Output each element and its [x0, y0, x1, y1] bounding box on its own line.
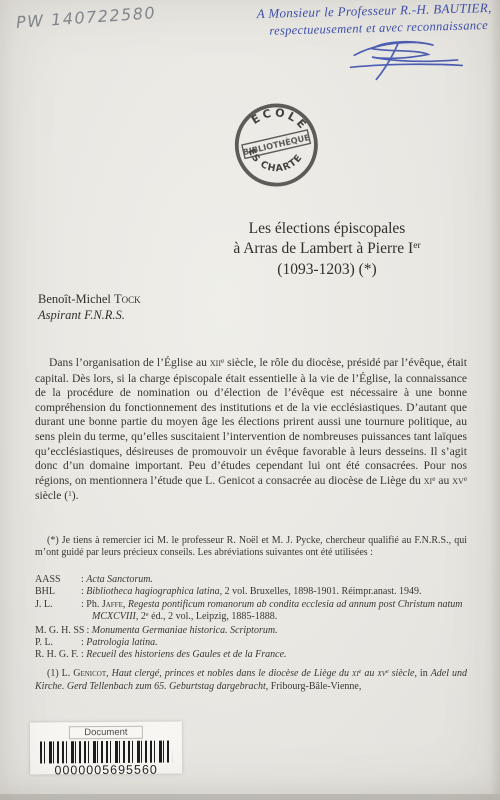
abbreviation-term: BHL [35, 586, 81, 598]
barcode-label: Document 0000005695560 [30, 721, 182, 774]
abbreviation-row: R. H. G. F. : Recueil des historiens des… [35, 649, 469, 661]
abbreviation-definition: : Bibliotheca hagiographica latina, 2 vo… [81, 586, 469, 598]
abbreviation-definition: : Ph. Jaffe, Regesta pontificum romanoru… [81, 599, 469, 625]
dedication-handwriting: A Monsieur le Professeur R.-H. BAUTIER, … [257, 0, 493, 39]
stamp-top-text: ECOLE [248, 103, 313, 135]
footnote-1: (1) L. Genicot, Haut clergé, princes et … [35, 668, 467, 694]
library-stamp-icon: ECOLE DES CHARTES BIBLIOTHÈQUE [226, 96, 326, 198]
abbreviation-definition: : Recueil des historiens des Gaules et d… [81, 649, 469, 661]
body-paragraph: Dans l’organisation de l’Église au xiie … [35, 356, 467, 505]
page-bottom-edge [0, 794, 500, 800]
author-block: Benoît-Michel Tock Aspirant F.N.R.S. [38, 292, 141, 323]
abbreviation-row: P. L. : Patrologia latina. [35, 637, 469, 649]
title-line-3: (1093-1203) (*) [163, 260, 491, 280]
abbreviation-row: AASS : Acta Sanctorum. [35, 574, 469, 586]
abbreviation-row: J. L. : Ph. Jaffe, Regesta pontificum ro… [35, 599, 469, 625]
author-role: Aspirant F.N.R.S. [38, 308, 141, 324]
abbreviation-definition: : Patrologia latina. [81, 637, 469, 649]
signature-icon [345, 36, 465, 87]
barcode-icon [40, 741, 172, 764]
abbreviation-row: BHL : Bibliotheca hagiographica latina, … [35, 586, 469, 598]
article-title: Les élections épiscopales à Arras de Lam… [163, 219, 491, 280]
title-line-1: Les élections épiscopales [163, 219, 491, 239]
stamp-middle-text: BIBLIOTHÈQUE [242, 131, 312, 157]
barcode-number: 0000005695560 [30, 762, 182, 777]
footnote-star: (*) Je tiens à remercier ici M. le profe… [35, 535, 467, 560]
abbreviation-list: AASS : Acta Sanctorum. BHL : Bibliotheca… [35, 574, 469, 662]
abbreviation-term: J. L. [35, 599, 81, 611]
scanned-page: PW 140722580 A Monsieur le Professeur R.… [0, 0, 500, 800]
page-edge-shadow [490, 0, 500, 800]
author-name: Benoît-Michel Tock [38, 292, 141, 308]
pencil-accession-number: PW 140722580 [16, 3, 157, 32]
abbreviation-definition: : Acta Sanctorum. [81, 574, 469, 586]
title-line-2: à Arras de Lambert à Pierre Ier [163, 239, 491, 261]
barcode-title: Document [69, 726, 142, 740]
abbreviation-term: AASS [35, 574, 81, 586]
abbreviation-definition: : Monumenta Germaniae historica. Scripto… [86, 625, 469, 637]
svg-text:ECOLE: ECOLE [248, 103, 313, 135]
abbreviation-row: M. G. H. SS : Monumenta Germaniae histor… [35, 625, 469, 637]
abbreviation-term: R. H. G. F. [35, 649, 81, 661]
abbreviation-term: P. L. [35, 637, 81, 649]
abbreviation-term: M. G. H. SS [35, 625, 86, 637]
